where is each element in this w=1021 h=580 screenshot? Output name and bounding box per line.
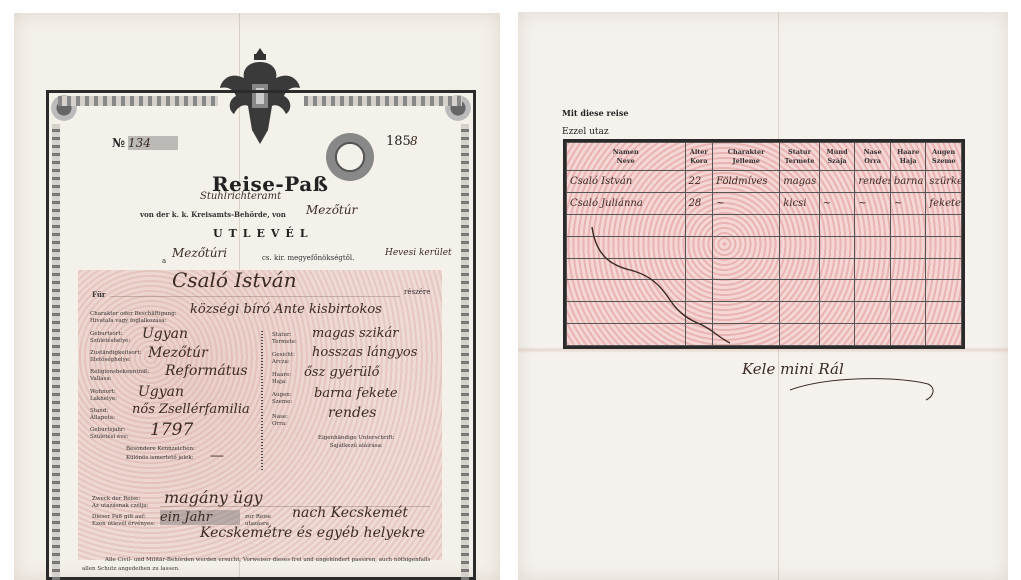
column-header-stature: StaturTermete (780, 143, 820, 171)
cell-nose: rendes (855, 171, 891, 193)
field-label: Gesicht:Arcza: (272, 352, 295, 366)
field-value-religion: Református (165, 363, 248, 379)
authority-handwritten: Stuhlrichteramt (200, 191, 281, 202)
column-header-nose: NaseOrra (855, 143, 891, 171)
left-border-ornament (52, 124, 60, 580)
column-header-eyes: AugenSzeme (926, 143, 962, 171)
field-label: Wohnort:Lakhelye: (90, 389, 117, 403)
authority-place: Mezőtúr (306, 203, 357, 217)
column-divider (261, 330, 263, 470)
cell-nose: ~ (855, 192, 891, 214)
cell-stature: kicsi (780, 192, 820, 214)
cell-age: 22 (685, 171, 713, 193)
footer-text-line-2: allen Schutz angedeihen zu lassen. (82, 566, 180, 572)
cell-mouth (819, 171, 855, 193)
field-label: Zuständigkeitsort:Illetőséghelye: (90, 350, 141, 364)
field-value-residence-right: Mezőtúr (148, 345, 208, 361)
signature-flourish (788, 372, 938, 402)
field-value-birthplace: Ugyan (142, 326, 188, 342)
cell-character: ~ (713, 192, 780, 214)
column-header-name: NamenNeve (567, 143, 686, 171)
field-label: Religionsbekenntniß:Vallása: (90, 369, 149, 383)
year-prefix: 185 (386, 134, 411, 149)
top-border-ornament-left (58, 96, 218, 106)
validity-value: ein Jahr (160, 510, 240, 525)
cancellation-stroke (590, 225, 750, 345)
field-label: Nase:Orra: (272, 414, 288, 428)
field-value-status: nős Zsellérfamilia (132, 402, 250, 417)
field-value-birth-year: 1797 (150, 420, 193, 440)
for-line (110, 296, 400, 297)
issued-prefix: a (162, 257, 166, 265)
cell-stature: magas (780, 171, 820, 193)
column-header-mouth: MundSzája (819, 143, 855, 171)
field-value-domicile: Ugyan (138, 384, 184, 400)
issued-place: Mezőtúri (172, 246, 227, 260)
column-header-age: AlterKora (685, 143, 713, 171)
field-label: Stand:Állapota: (90, 408, 115, 422)
column-header-character: CharakterJellemе (713, 143, 780, 171)
cell-age: 28 (685, 192, 713, 214)
field-label: Augen:Szeme: (272, 392, 292, 406)
passport-number: 134 (128, 136, 178, 150)
for-suffix: részére (404, 288, 430, 296)
cell-character: Földmíves (713, 171, 780, 193)
cell-hair: ~ (890, 192, 926, 214)
field-label: Geburtsort:Születéshelye: (90, 331, 130, 345)
field-value-nose: rendes (328, 405, 376, 421)
issued-hand-extra: Hevesi kerület (385, 248, 452, 258)
cell-name: Csaló István (567, 171, 686, 193)
dry-seal-stamp (326, 133, 374, 181)
holder-name: Csaló István (172, 268, 297, 292)
field-value-hair: ősz gyérülő (304, 365, 379, 380)
field-label: Charakter oder Beschäftigung:Hivatala va… (90, 311, 177, 325)
cell-hair: barna (890, 171, 926, 193)
field-label: Haare:Haja: (272, 372, 291, 386)
right-border-ornament (461, 124, 469, 580)
cell-eyes: szürke (926, 171, 962, 193)
footer-text-line-1: Alle Civil- und Militär-Behörden werden … (105, 557, 430, 563)
companions-heading-hu: Ezzel utaz (562, 127, 609, 137)
authority-printed: von der k. k. Kreisamts-Behörde, von (140, 210, 286, 219)
field-value-eyes: barna fekete (314, 386, 398, 401)
cell-name: Csaló Juliánna (567, 192, 686, 214)
title-utlevel: UTLEVÉL (213, 227, 314, 240)
field-value-stature: magas szikár (312, 326, 398, 341)
table-row: Csaló Juliánna 28 ~ kicsi ~ ~ ~ fekete (567, 192, 962, 214)
number-label: № (112, 136, 125, 150)
cell-eyes: fekete (926, 192, 962, 214)
field-label: Geburtsjahr:Születési éve: (90, 427, 129, 441)
signature-label: Eigenhändige Unterschrift:Sajátkezű aláí… (318, 434, 394, 450)
purpose-value: magány ügy (164, 488, 263, 507)
destination-value-2: Kecskemétre és egyéb helyekre (200, 525, 425, 541)
cell-mouth: ~ (819, 192, 855, 214)
issued-printed: cs. kir. megyefőnökségtől. (262, 254, 354, 262)
top-border-ornament-right (304, 96, 462, 106)
special-marks-label: Besondere Kennzeichen:Különös ismertető … (126, 445, 195, 463)
for-label: Für (92, 290, 106, 299)
field-label: Statur:Termete: (272, 332, 297, 346)
year-suffix: 8 (410, 134, 418, 148)
purpose-label: Zweck der Reise:Az utazásnak czélja: (92, 496, 148, 510)
column-header-hair: HaareHaja (890, 143, 926, 171)
field-value-face: hosszas lángyos (312, 345, 417, 360)
validity-label: Dieser Paß gilt auf:Ezen útlevél érvénye… (92, 514, 155, 528)
companions-heading-de: Mit diese reise (562, 108, 628, 118)
destination-value-1: nach Kecskemét (292, 505, 408, 521)
field-value-occupation: községi bíró Ante kisbirtokos (190, 302, 382, 317)
special-marks-value: — (210, 448, 224, 464)
table-header-row: NamenNeve AlterKora CharakterJellemе Sta… (567, 143, 962, 171)
table-row: Csaló István 22 Földmíves magas rendes b… (567, 171, 962, 193)
